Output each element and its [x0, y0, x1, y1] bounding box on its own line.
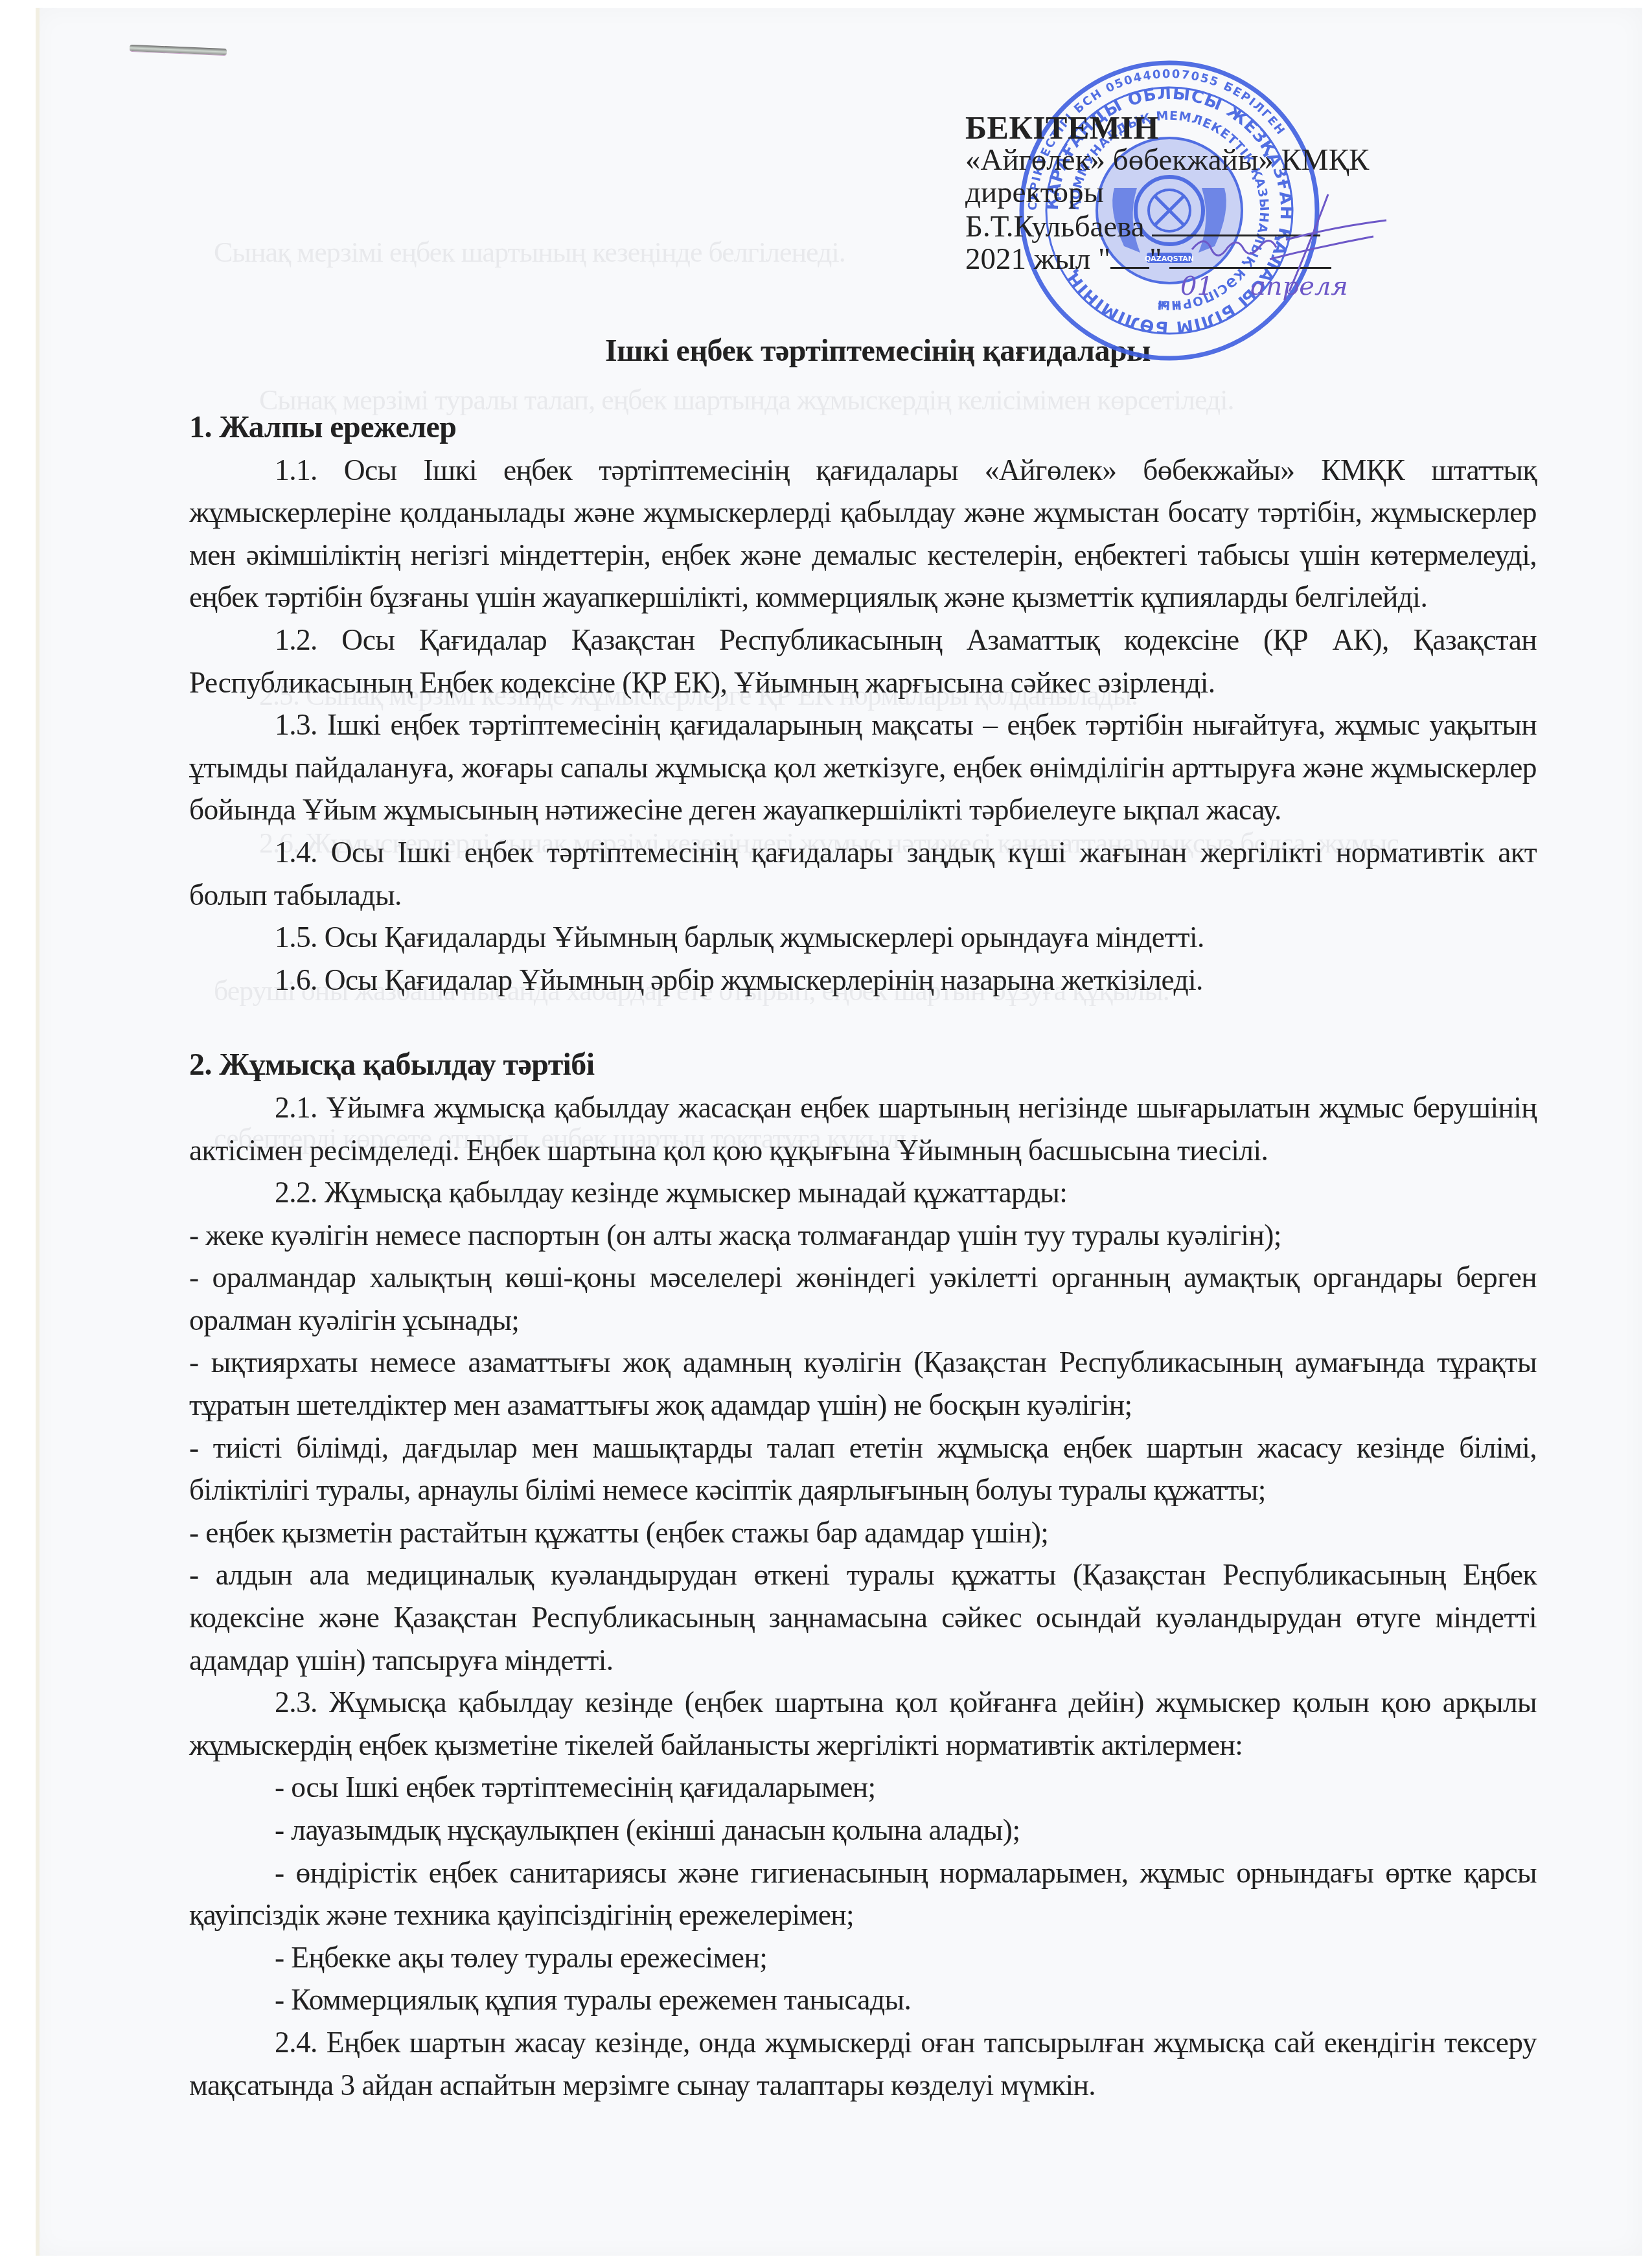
approval-organization: «Айгөлек» бөбекжайы» КМҚК [965, 144, 1548, 176]
acts-list-item: - өндірістік еңбек санитариясы және гиги… [189, 1851, 1537, 1936]
documents-list-item: - алдын ала медициналық куәландырудан өт… [189, 1553, 1537, 1681]
document-title: Ішкі еңбек тәртіптемесінің қағидалары [0, 333, 1652, 369]
acts-list-item: - осы Ішкі еңбек тәртіптемесінің қағидал… [189, 1766, 1537, 1809]
documents-list-item: - ықтиярхаты немесе азаматтығы жоқ адамн… [189, 1341, 1537, 1426]
paragraph-1-5: 1.5. Осы Қағидаларды Ұйымның барлық жұмы… [189, 916, 1537, 959]
date-quote: " [1149, 242, 1162, 276]
day-underline [1110, 241, 1149, 269]
approval-name: Б.Т.Кульбаева [965, 210, 1145, 244]
approval-title: БЕКІТЕМІН [965, 111, 1548, 144]
acts-list-item: - Еңбекке ақы төлеу туралы ережесімен; [189, 1936, 1537, 1979]
section-heading-hiring: 2. Жұмысқа қабылдау тәртібі [189, 1044, 1537, 1086]
documents-list-item: - оралмандар халықтың көші-қоны мәселеле… [189, 1256, 1537, 1341]
handwritten-month: апреля [1250, 271, 1348, 301]
date-prefix: 2021 жыл " [965, 242, 1110, 276]
paragraph-1-3: 1.3. Ішкі еңбек тәртіптемесінің қағидала… [189, 704, 1537, 831]
paragraph-1-1: 1.1. Осы Ішкі еңбек тәртіптемесінің қағи… [189, 449, 1537, 619]
document-body: 1. Жалпы ережелер 1.1. Осы Ішкі еңбек тә… [189, 406, 1537, 2106]
paragraph-2-2: 2.2. Жұмысқа қабылдау кезінде жұмыскер м… [189, 1171, 1537, 1214]
paragraph-1-6: 1.6. Осы Қағидалар Ұйымның әрбір жұмыске… [189, 959, 1537, 1002]
paragraph-1-2: 1.2. Осы Қағидалар Қазақстан Республикас… [189, 619, 1537, 704]
paragraph-2-4: 2.4. Еңбек шартын жасау кезінде, онда жұ… [189, 2021, 1537, 2106]
documents-list-item: - еңбек қызметін растайтын құжатты (еңбе… [189, 1511, 1537, 1554]
acts-list-item: - лауазымдық нұсқаулықпен (екінші данасы… [189, 1809, 1537, 1851]
handwritten-day: 01 [1180, 271, 1213, 301]
paragraph-2-3: 2.3. Жұмысқа қабылдау кезінде (еңбек шар… [189, 1681, 1537, 1766]
paragraph-2-1: 2.1. Ұйымға жұмысқа қабылдау жасасқан ең… [189, 1086, 1537, 1171]
documents-list-item: - жеке куәлігін немесе паспортын (он алт… [189, 1214, 1537, 1257]
documents-list-item: - тиісті білімді, дағдылар мен машықтард… [189, 1426, 1537, 1511]
handwritten-signature: 01 апреля [1166, 188, 1438, 317]
section-heading-general: 1. Жалпы ережелер [189, 406, 1537, 449]
paragraph-1-4: 1.4. Осы Ішкі еңбек тәртіптемесінің қағи… [189, 831, 1537, 916]
acts-list-item: - Коммерциялық құпия туралы ережемен тан… [189, 1978, 1537, 2021]
